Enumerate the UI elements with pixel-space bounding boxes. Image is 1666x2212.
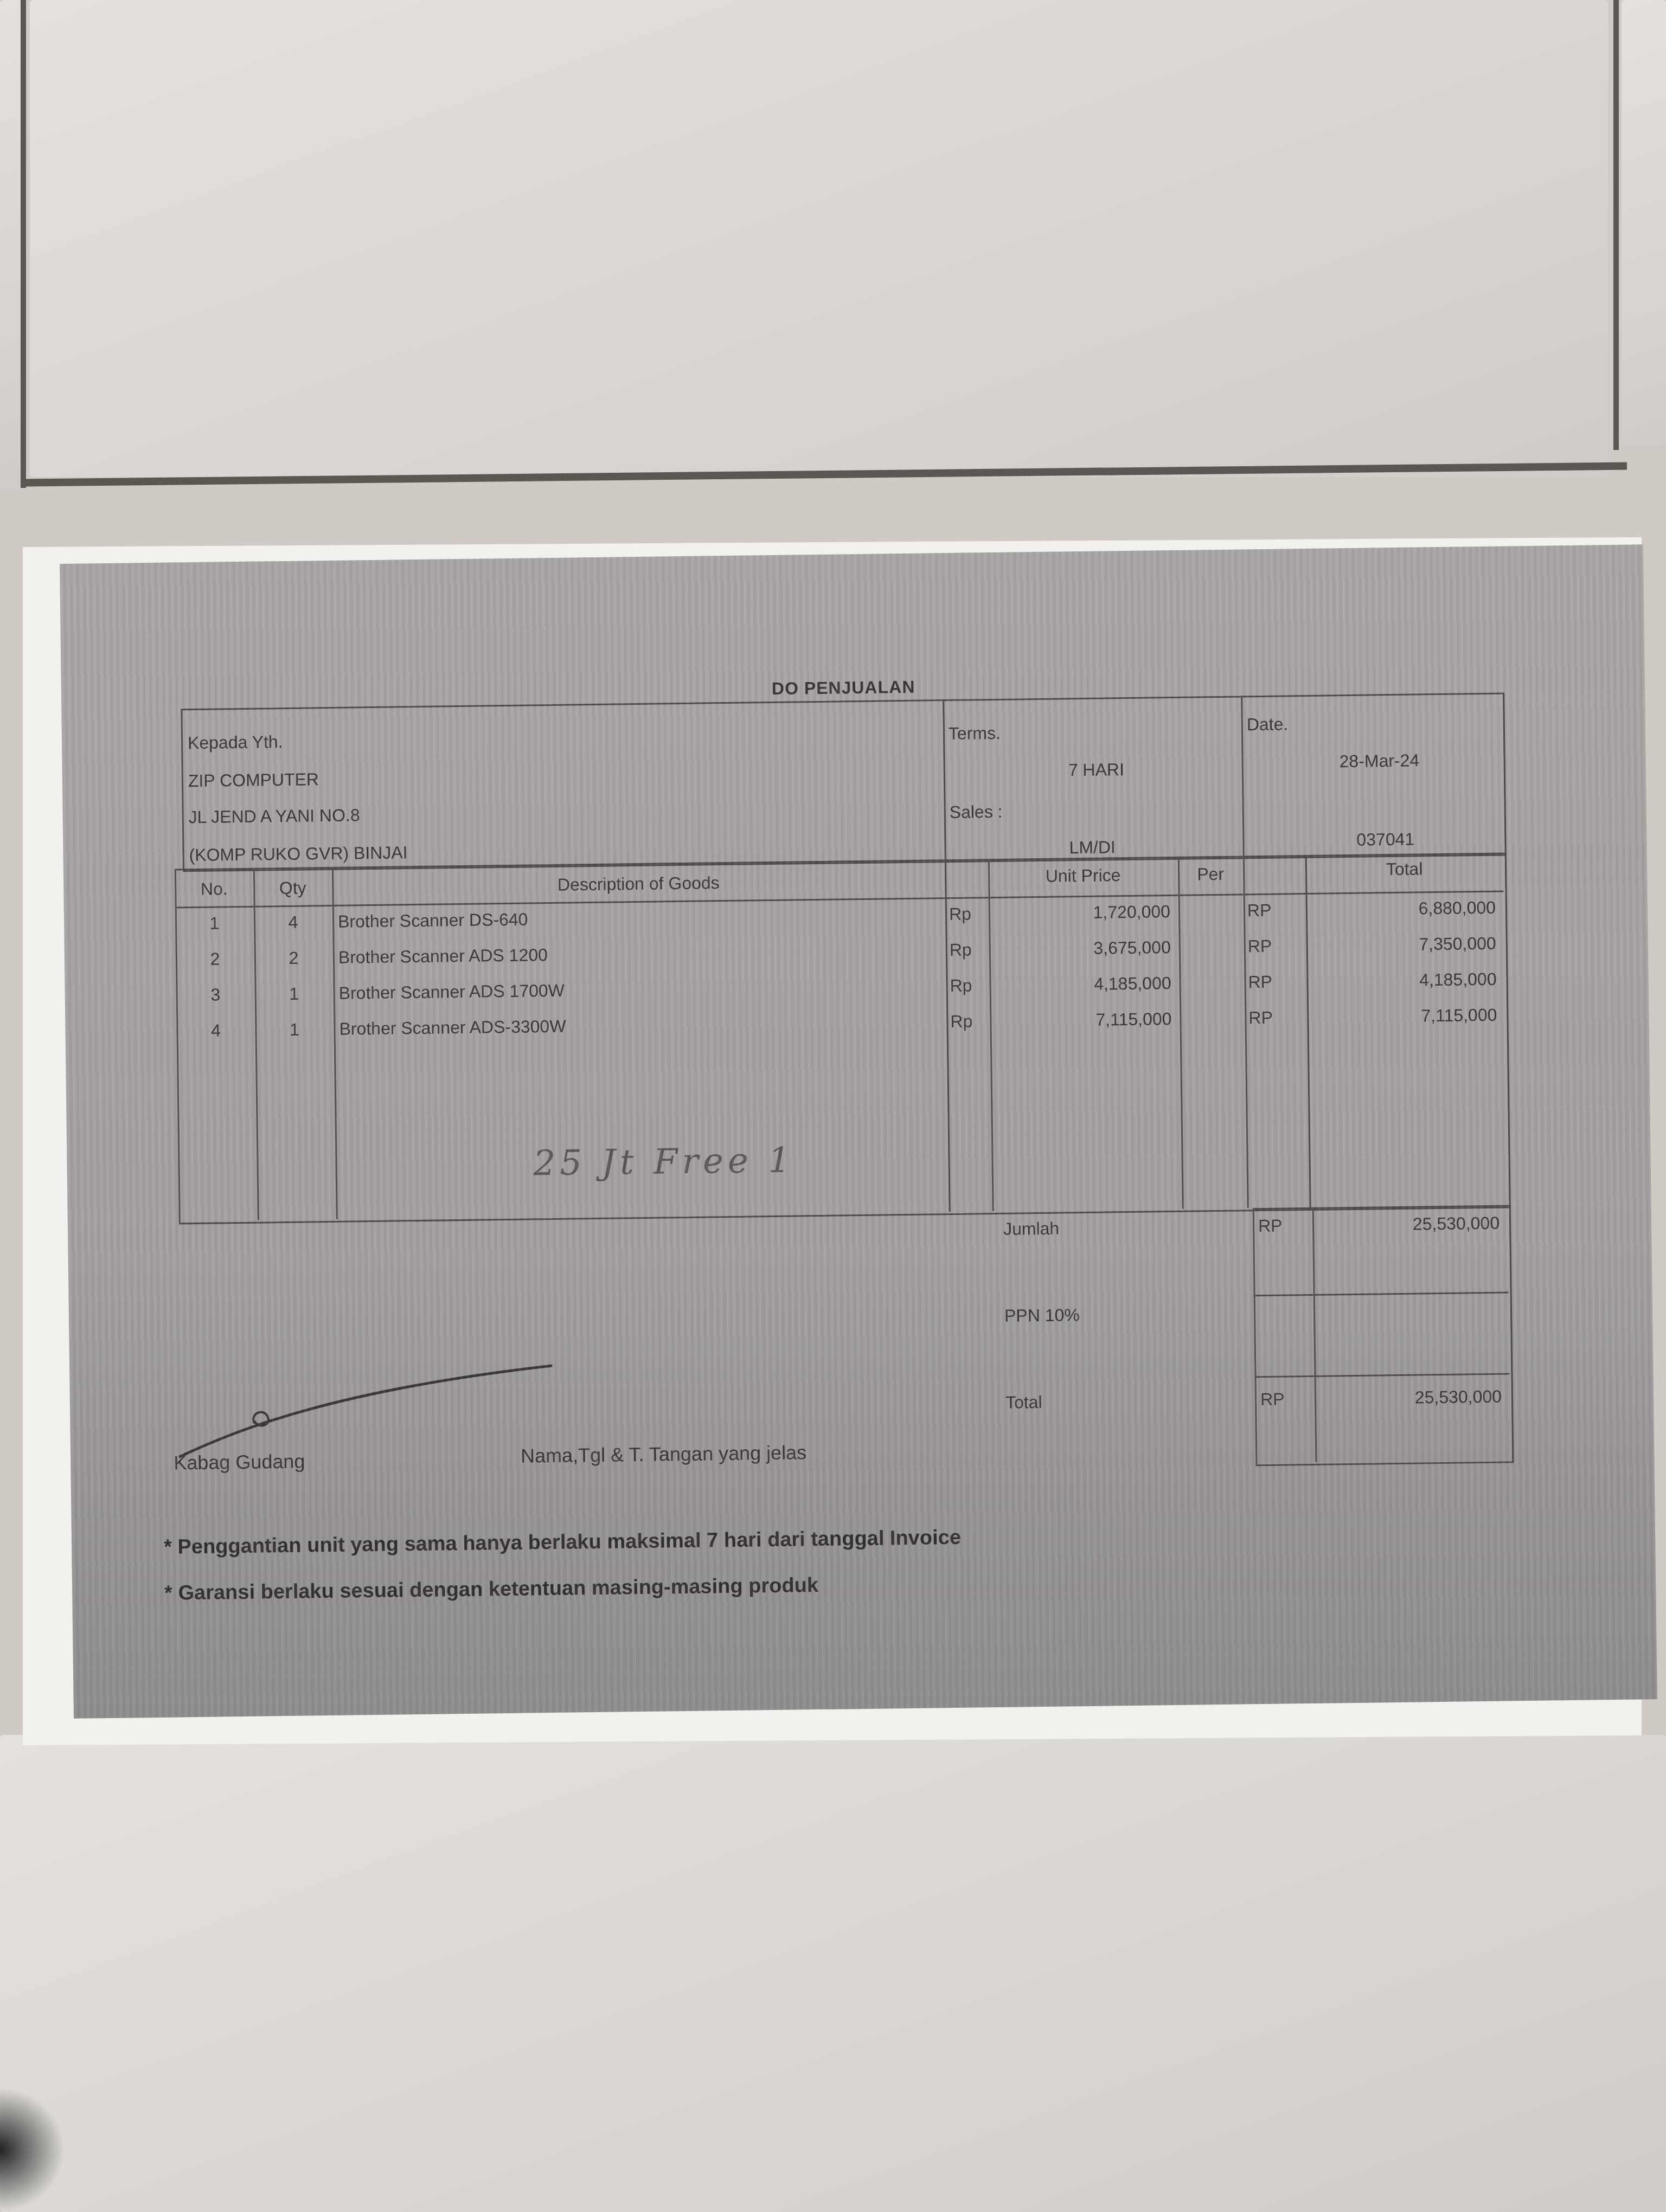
cell-no: 1 [175,913,254,934]
floor-grout-vertical-left [21,0,26,488]
recipient-address-2: (KOMP RUKO GVR) BINJAI [189,843,407,865]
header-no: No. [175,879,253,900]
cell-total: 4,185,000 [1309,969,1496,992]
cell-qty: 1 [255,983,334,1005]
footnote-warranty: * Garansi berlaku sesuai dengan ketentua… [164,1574,818,1605]
header-unit-price: Unit Price [988,865,1178,887]
cell-no: 4 [176,1020,255,1041]
cell-unit-price: 7,115,000 [992,1009,1171,1031]
floor-tile-top-right [1622,0,1666,445]
cell-no: 3 [176,985,255,1006]
total-label: Total [1005,1392,1042,1413]
cell-unit-price: 4,185,000 [992,973,1171,995]
cell-cur2: RP [1248,936,1302,956]
hand-shadow [0,2087,65,2212]
cell-unit-price: 3,675,000 [992,937,1171,960]
signature-right-label: Nama,Tgl & T. Tangan yang jelas [521,1441,806,1467]
sales-label: Sales : [949,802,1002,822]
floor-grout-vertical-right [1613,0,1619,450]
header-per: Per [1178,864,1243,884]
delivery-order-document: DO PENJUALAN Kepada Yth. ZIP COMPUTER JL… [60,544,1657,1719]
signature-scribble [172,1355,564,1463]
tax-label: PPN 10% [1004,1305,1080,1326]
cell-cur1: Rp [949,904,987,924]
cell-cur2: RP [1247,900,1302,921]
cell-qty: 2 [254,948,333,969]
terms-label: Terms. [949,723,1001,744]
cell-cur1: Rp [950,975,988,996]
document-number: 037041 [1356,829,1414,850]
handwritten-note: 25 Jt Free 1 [533,1141,794,1184]
header-qty: Qty [253,878,332,899]
cell-qty: 1 [255,1019,334,1040]
cell-no: 2 [176,949,254,970]
recipient-address-1: JL JEND A YANI NO.8 [189,805,360,827]
cell-total: 6,880,000 [1309,898,1496,920]
date-label: Date. [1247,714,1289,735]
cell-qty: 4 [254,912,332,933]
signature-left-label: Kabag Gudang [174,1450,305,1475]
recipient-label: Kepada Yth. [188,732,283,753]
floor-tile-left [0,0,22,488]
document-title: DO PENJUALAN [772,677,915,699]
terms-value: 7 HARI [1068,760,1125,780]
cell-unit-price: 1,720,000 [991,902,1170,924]
cell-cur1: Rp [950,940,988,960]
sales-value: LM/DI [1069,837,1116,858]
summary-box [1253,1205,1514,1466]
footnote-replacement: * Penggantian unit yang sama hanya berla… [164,1526,961,1559]
recipient-name: ZIP COMPUTER [188,769,319,791]
total-currency: RP [1260,1390,1285,1410]
date-value: 28-Mar-24 [1339,750,1419,771]
subtotal-label: Jumlah [1003,1219,1060,1239]
total-value: 25,530,000 [1317,1387,1502,1409]
cell-cur2: RP [1248,1007,1303,1028]
cell-total: 7,115,000 [1310,1005,1497,1027]
floor-tile-bottom [0,1735,1666,2212]
subtotal-currency: RP [1258,1216,1283,1237]
cell-cur2: RP [1248,972,1302,992]
header-total: Total [1305,858,1503,880]
subtotal-value: 25,530,000 [1315,1213,1500,1236]
floor-tile-top [30,0,1608,477]
cell-cur1: Rp [950,1011,988,1032]
cell-total: 7,350,000 [1309,934,1496,956]
